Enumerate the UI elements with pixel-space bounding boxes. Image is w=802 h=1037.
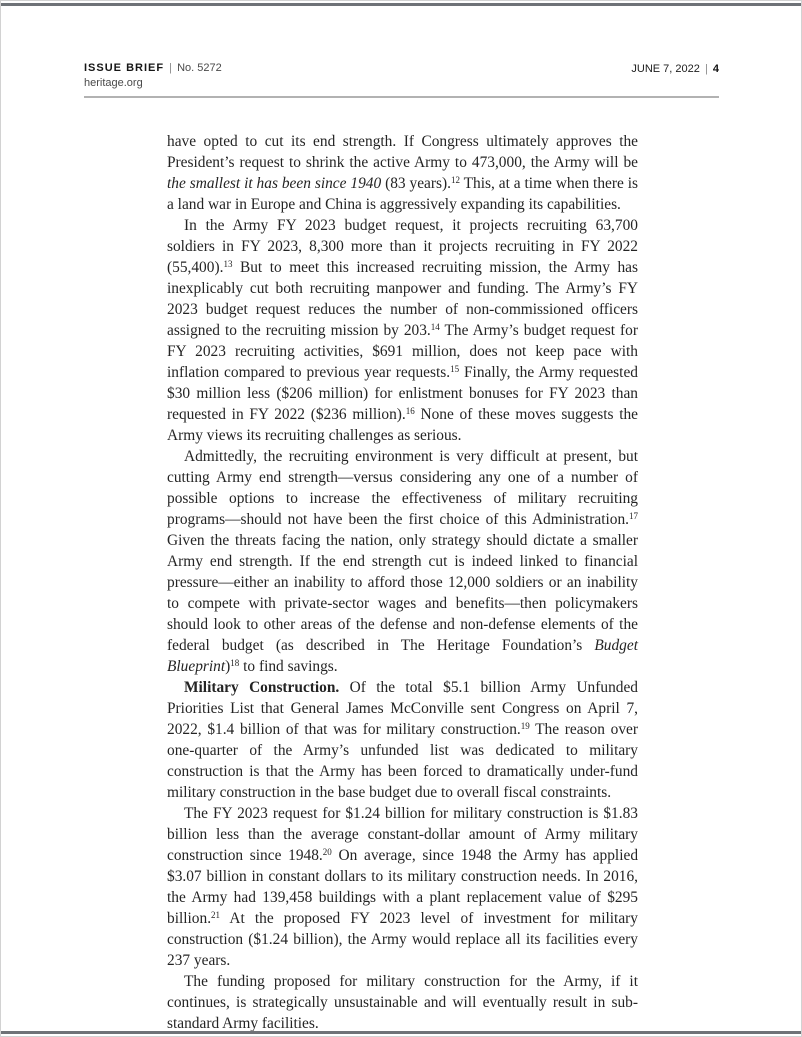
footnote-ref: 12 — [451, 175, 460, 185]
document-page: ISSUE BRIEF | No. 5272 heritage.org JUNE… — [0, 0, 802, 1037]
page-header: ISSUE BRIEF | No. 5272 heritage.org JUNE… — [84, 62, 719, 89]
footnote-ref: 15 — [450, 364, 459, 374]
header-separator: | — [167, 62, 174, 74]
issue-number: No. 5272 — [177, 62, 222, 74]
run-in-heading: Military Construction. — [184, 679, 339, 696]
header-right: JUNE 7, 2022 | 4 — [631, 62, 719, 75]
publication-date: JUNE 7, 2022 — [631, 63, 699, 75]
header-left: ISSUE BRIEF | No. 5272 heritage.org — [84, 62, 222, 89]
website-url: heritage.org — [84, 77, 222, 89]
text-segment: Admittedly, the recruiting environment i… — [167, 448, 638, 528]
paragraph: The FY 2023 request for $1.24 billion fo… — [167, 803, 638, 971]
page-number: 4 — [713, 63, 719, 75]
page-bottom-bar — [1, 1031, 801, 1034]
text-segment: (83 years). — [381, 175, 451, 192]
paragraph: The funding proposed for military constr… — [167, 971, 638, 1034]
text-segment: At the proposed FY 2023 level of investm… — [167, 910, 638, 969]
publication-title: ISSUE BRIEF — [84, 62, 164, 74]
text-segment: The funding proposed for military constr… — [167, 973, 638, 1032]
footnote-ref: 21 — [211, 910, 220, 920]
paragraph: In the Army FY 2023 budget request, it p… — [167, 215, 638, 446]
footnote-ref: 19 — [521, 721, 530, 731]
paragraph: have opted to cut its end strength. If C… — [167, 131, 638, 215]
footnote-ref: 16 — [406, 406, 415, 416]
article-body: have opted to cut its end strength. If C… — [167, 131, 638, 1034]
footnote-ref: 18 — [230, 658, 239, 668]
header-rule — [84, 96, 719, 98]
footnote-ref: 14 — [431, 322, 440, 332]
publication-line: ISSUE BRIEF | No. 5272 — [84, 62, 222, 74]
text-segment: have opted to cut its end strength. If C… — [167, 133, 638, 171]
footnote-ref: 20 — [323, 847, 332, 857]
paragraph: Military Construction. Of the total $5.1… — [167, 677, 638, 803]
header-separator: | — [703, 63, 710, 75]
text-segment: to find savings. — [239, 658, 337, 675]
page-top-bar — [1, 3, 801, 6]
paragraph: Admittedly, the recruiting environment i… — [167, 446, 638, 677]
footnote-ref: 17 — [629, 511, 638, 521]
text-segment: Given the threats facing the nation, onl… — [167, 532, 638, 654]
text-segment: the smallest it has been since 1940 — [167, 175, 381, 192]
